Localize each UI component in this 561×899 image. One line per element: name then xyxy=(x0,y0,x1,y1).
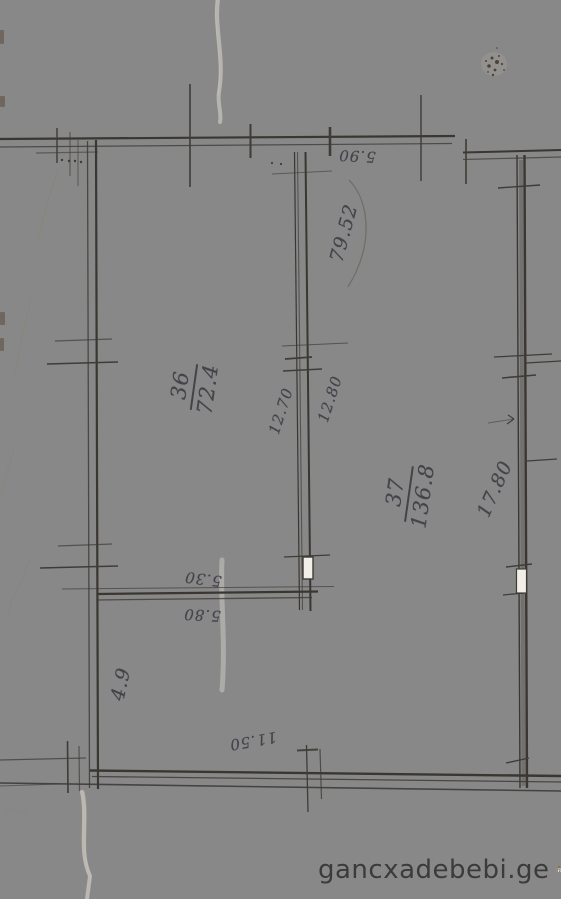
room-37-number: 37 xyxy=(382,476,408,508)
dim-divider-bottom: 5.80 xyxy=(176,605,229,626)
bottom-wall xyxy=(0,771,561,792)
watermark-text: gancxadebebi.ge xyxy=(318,855,550,885)
left-wall xyxy=(88,140,99,789)
scanned-floor-plan: 5.90 79.52 36 72.4 12.70 12.80 37 136.8 … xyxy=(0,0,561,899)
scan-edge-marks xyxy=(0,30,5,351)
interior-horizontal-wall xyxy=(62,587,334,601)
room-37-label: 37 136.8 xyxy=(379,456,438,532)
watermark: gancxadebebi.ge xyxy=(318,840,561,899)
dimension-ticks xyxy=(0,84,561,812)
room-36-label: 36 72.4 xyxy=(165,354,223,420)
dim-top-right-width: 5.90 xyxy=(332,146,383,167)
ink-smudge xyxy=(481,47,507,76)
top-wall xyxy=(0,136,561,160)
pencil-marks xyxy=(1,92,433,813)
right-wall xyxy=(517,155,527,788)
plan-linework xyxy=(0,0,561,899)
newspaper-reader-logo-icon xyxy=(556,841,561,898)
paper-creases xyxy=(82,0,223,899)
room-36-number: 36 xyxy=(167,369,193,401)
